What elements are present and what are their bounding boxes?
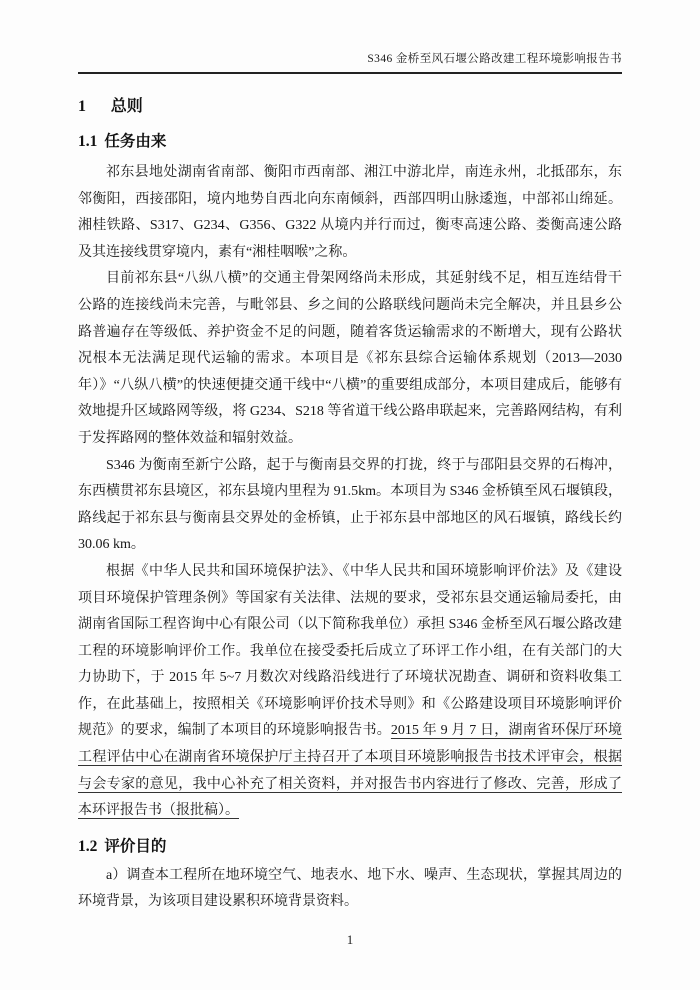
heading-evaluation-purpose-label: 评价目的 — [104, 838, 166, 855]
heading-task-origin: 1.1任务由来 — [78, 129, 622, 151]
paragraph-legal-basis-text: 根据《中华人民共和国环境保护法》、《中华人民共和国环境影响评价法》及《建设项目环… — [78, 564, 622, 739]
paragraph-purpose-item-a: a）调查本工程所在地环境空气、地表水、地下水、噪声、生态现状，掌握其周边的环境背… — [78, 863, 622, 916]
heading-evaluation-purpose-number: 1.2 — [78, 838, 97, 855]
heading-general-rules: 1总则 — [78, 93, 622, 116]
heading-evaluation-purpose: 1.2评价目的 — [78, 834, 622, 856]
paragraph-route-description: S346 为衡南至新宁公路，起于与衡南县交界的打拢，终于与邵阳县交界的石梅冲，东… — [78, 453, 622, 559]
page-header: S346 金桥至风石堰公路改建工程环境影响报告书 — [78, 50, 622, 74]
heading-general-rules-label: 总则 — [111, 98, 143, 115]
page-number: 1 — [347, 932, 354, 947]
paragraph-road-network-status: 目前祁东县“八纵八横”的交通主骨架网络尚未形成，其延射线不足，相互连结骨干公路的… — [78, 266, 622, 452]
heading-task-origin-number: 1.1 — [78, 133, 97, 150]
page-footer: 1 — [0, 932, 700, 948]
heading-general-rules-number: 1 — [78, 98, 86, 115]
paragraph-county-overview: 祁东县地处湖南省南部、衡阳市西南部、湘江中游北岸，南连永州，北抵邵东，东邻衡阳，… — [78, 160, 622, 266]
heading-task-origin-label: 任务由来 — [104, 133, 166, 150]
running-header-title: S346 金桥至风石堰公路改建工程环境影响报告书 — [367, 53, 622, 65]
paragraph-legal-basis: 根据《中华人民共和国环境保护法》、《中华人民共和国环境影响评价法》及《建设项目环… — [78, 559, 622, 825]
document-page: S346 金桥至风石堰公路改建工程环境影响报告书 1总则 1.1任务由来 祁东县… — [0, 0, 700, 990]
